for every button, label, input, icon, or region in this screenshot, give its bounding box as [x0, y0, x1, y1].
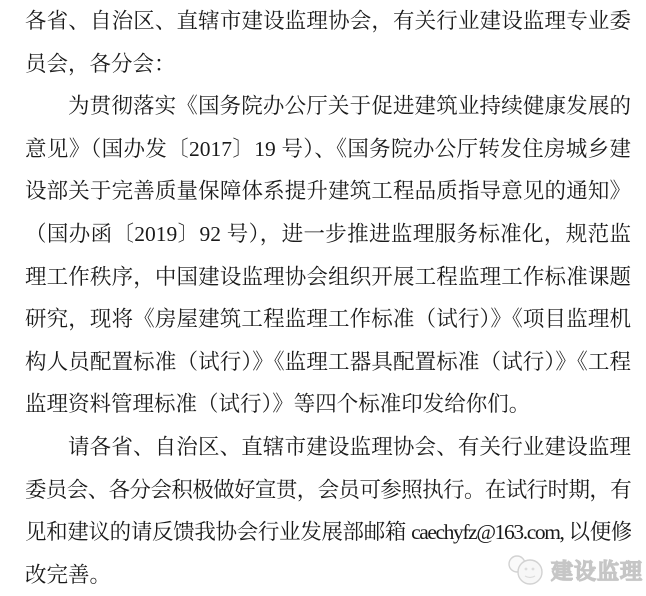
text-line-closing-2: 委员会、各分会积极做好宣贯，会员可参照执行。在试行时期，有意	[25, 469, 631, 512]
text-line-body-6: 研究，现将《房屋建筑工程监理工作标准（试行）》《项目监理机	[25, 298, 631, 341]
paragraph-salutation: 各省、自治区、直辖市建设监理协会，有关行业建设监理专业委 员会，各分会：	[25, 0, 631, 85]
text-line-closing-3-with-email: 见和建议的请反馈我协会行业发展部邮箱 caechyfz@163.com, 以便修	[25, 511, 631, 554]
text-line-body-1: 为贯彻落实《国务院办公厅关于促进建筑业持续健康发展的	[25, 85, 631, 128]
text-line-salutation-2: 员会，各分会：	[25, 43, 631, 86]
notice-document: 各省、自治区、直辖市建设监理协会，有关行业建设监理专业委 员会，各分会： 为贯彻…	[25, 0, 631, 596]
text-line-body-7: 构人员配置标准（试行）》《监理工器具配置标准（试行）》《工程	[25, 341, 631, 384]
text-line-body-8: 监理资料管理标准（试行）》等四个标准印发给你们。	[25, 383, 631, 426]
watermark-label: 建设监理	[551, 555, 643, 586]
text-line-body-4: （国办函〔2019〕92 号），进一步推进监理服务标准化，规范监	[25, 213, 631, 256]
text-line-body-3: 设部关于完善质量保障体系提升建筑工程品质指导意见的通知》	[25, 170, 631, 213]
text-line-body-5: 理工作秩序，中国建设监理协会组织开展工程监理工作标准课题	[25, 256, 631, 299]
text-line-closing-1: 请各省、自治区、直辖市建设监理协会、有关行业建设监理专业	[25, 426, 631, 469]
text-line-body-2: 意见》（国办发〔2017〕19 号）、《国务院办公厅转发住房城乡建	[25, 128, 631, 171]
text-line-salutation-1: 各省、自治区、直辖市建设监理协会，有关行业建设监理专业委	[25, 0, 631, 43]
watermark: 建设监理	[506, 553, 643, 587]
paragraph-body: 为贯彻落实《国务院办公厅关于促进建筑业持续健康发展的 意见》（国办发〔2017〕…	[25, 85, 631, 426]
mascot-logo-icon	[506, 553, 544, 587]
